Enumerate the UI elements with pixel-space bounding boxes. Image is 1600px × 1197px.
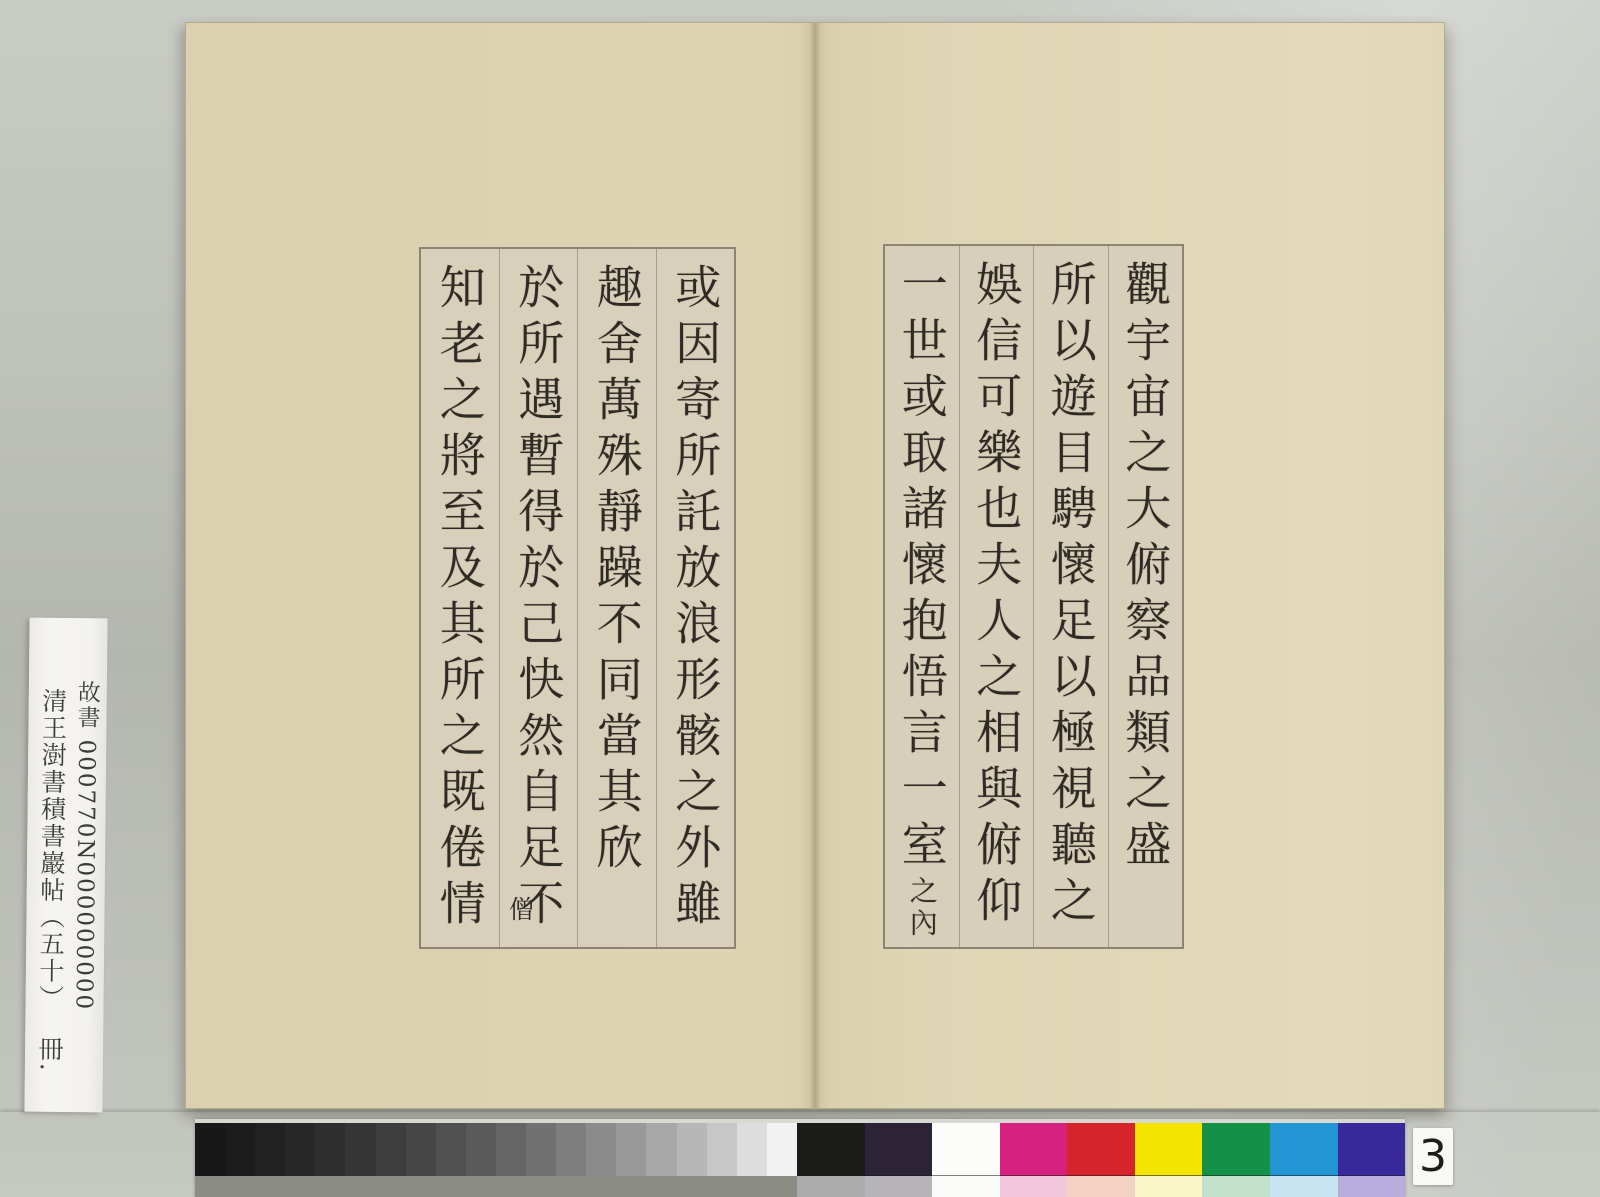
grayscale-step (707, 1123, 737, 1176)
text-column: 娛信可樂也夫人之相與俯仰 (959, 246, 1034, 947)
grayscale-step (496, 1123, 526, 1176)
column-text: 一世或取諸懷抱悟言一室之內 (899, 246, 945, 947)
text-column: 一世或取諸懷抱悟言一室之內 (885, 246, 959, 947)
catalog-number-text: 故書 000770N000000000 (70, 680, 99, 1011)
column-text: 趣舍萬殊靜躁不同當其欣 (594, 249, 640, 947)
text-column: 於所遇暫得於己快然自足不僧 (499, 249, 578, 947)
grayscale-step (195, 1123, 225, 1176)
grayscale-step (315, 1123, 345, 1176)
text-column: 或因寄所託放浪形骸之外雖 (656, 249, 735, 947)
calligraphy-panel-left: 或因寄所託放浪形骸之外雖趣舍萬殊靜躁不同當其欣於所遇暫得於己快然自足不僧知老之將… (419, 247, 736, 949)
color-tint-yellow (1135, 1176, 1203, 1197)
text-column: 觀宇宙之大俯察品類之盛 (1108, 246, 1183, 947)
photograph-scene: 或因寄所託放浪形骸之外雖趣舍萬殊靜躁不同當其欣於所遇暫得於己快然自足不僧知老之將… (0, 0, 1600, 1197)
grayscale-step (737, 1123, 767, 1176)
grayscale-step (225, 1123, 255, 1176)
grayscale-step (556, 1123, 586, 1176)
text-column: 所以遊目騁懷足以極視聽之 (1033, 246, 1108, 947)
color-patch-yellow (1135, 1123, 1203, 1176)
catalog-label-strip: 故書 000770N000000000 清王澍書積書巖帖（五十）冊. (24, 618, 107, 1113)
volume-mark: 冊. (35, 1036, 64, 1073)
color-tint-blue (1270, 1176, 1338, 1197)
color-patch-violet (1338, 1123, 1406, 1176)
chart-main-row (195, 1123, 1405, 1176)
chart-tint-row (195, 1176, 1405, 1197)
column-text: 於所遇暫得於己快然自足不 (515, 249, 561, 947)
column-text: 知老之將至及其所之既倦情 (437, 249, 483, 947)
color-patch-white (932, 1123, 1000, 1176)
grayscale-step (345, 1123, 375, 1176)
inserted-annotation-character: 僧 (502, 896, 538, 921)
center-fold (801, 23, 829, 1108)
color-patch-black (797, 1123, 865, 1176)
grayscale-step (436, 1123, 466, 1176)
color-patch-blue (1270, 1123, 1338, 1176)
calligraphy-panel-right: 觀宇宙之大俯察品類之盛所以遊目騁懷足以極視聽之娛信可樂也夫人之相與俯仰一世或取諸… (883, 244, 1184, 949)
column-text: 所以遊目騁懷足以極視聽之 (1048, 246, 1094, 947)
page-number-card: 3 (1413, 1128, 1453, 1185)
album-spread: 或因寄所託放浪形骸之外雖趣舍萬殊靜躁不同當其欣於所遇暫得於己快然自足不僧知老之將… (185, 22, 1445, 1109)
column-text: 觀宇宙之大俯察品類之盛 (1122, 246, 1168, 947)
color-patch-strip (797, 1123, 1405, 1176)
work-title: 清王澍書積書巖帖（五十）冊. (32, 618, 70, 1112)
color-tint-green (1202, 1176, 1270, 1197)
small-characters: 之內 (906, 876, 939, 940)
grayscale-step (586, 1123, 616, 1176)
grayscale-step (285, 1123, 315, 1176)
grayscale-strip (195, 1123, 797, 1176)
grayscale-step (616, 1123, 646, 1176)
column-text: 或因寄所託放浪形骸之外雖 (672, 249, 718, 947)
color-tint-magenta (1000, 1176, 1068, 1197)
color-tint-black (797, 1176, 865, 1197)
color-calibration-chart (195, 1119, 1405, 1197)
color-tint-white (932, 1176, 1000, 1197)
text-column: 趣舍萬殊靜躁不同當其欣 (577, 249, 656, 947)
grayscale-step (677, 1123, 707, 1176)
work-title-text: 清王澍書積書巖帖（五十） (35, 688, 67, 1012)
grayscale-step (526, 1123, 556, 1176)
grayscale-tint-strip (195, 1176, 797, 1197)
grayscale-step (646, 1123, 676, 1176)
grayscale-step (767, 1123, 797, 1176)
color-patch-magenta (1000, 1123, 1068, 1176)
grayscale-step (466, 1123, 496, 1176)
text-column: 知老之將至及其所之既倦情 (421, 249, 499, 947)
grayscale-step (406, 1123, 436, 1176)
color-patch-green (1202, 1123, 1270, 1176)
catalog-number: 故書 000770N000000000 (65, 618, 103, 1112)
color-tint-strip (797, 1176, 1405, 1197)
color-tint-violet (1338, 1176, 1406, 1197)
color-tint-dark-violet (865, 1176, 933, 1197)
grayscale-step (255, 1123, 285, 1176)
column-text: 娛信可樂也夫人之相與俯仰 (973, 246, 1019, 947)
color-patch-dark-violet (865, 1123, 933, 1176)
color-patch-red (1067, 1123, 1135, 1176)
page-number: 3 (1419, 1131, 1447, 1182)
color-tint-red (1067, 1176, 1135, 1197)
grayscale-step (376, 1123, 406, 1176)
